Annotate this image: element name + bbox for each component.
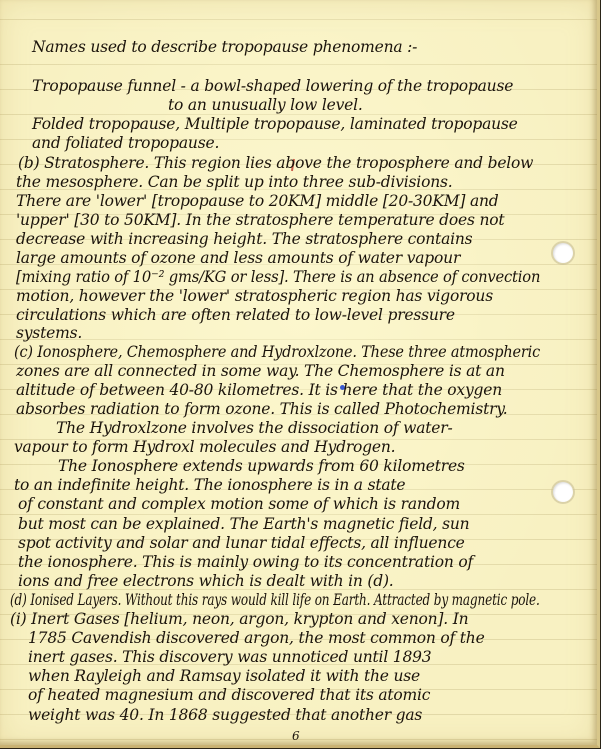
text-line: 1785 Cavendish discovered argon, the mos…	[28, 631, 485, 647]
text-line: (b) Stratosphere. This region lies above…	[18, 156, 533, 172]
text-line: Tropopause funnel - a bowl-shaped loweri…	[32, 79, 513, 95]
page-number: 6	[292, 729, 300, 743]
text-line: (i) Inert Gases [helium, neon, argon, kr…	[10, 612, 468, 628]
text-line: altitude of between 40-80 kilometres. It…	[16, 383, 502, 399]
text-line: the ionosphere. This is mainly owing to …	[18, 555, 473, 571]
text-line: and foliated tropopause.	[32, 136, 219, 152]
text-line: spot activity and solar and lunar tidal …	[18, 536, 465, 552]
text-line: of heated magnesium and discovered that …	[28, 688, 430, 704]
text-line: Folded tropopause, Multiple tropopause, …	[32, 117, 518, 133]
text-line: (d) Ionised Layers. Without this rays wo…	[10, 593, 540, 609]
text-line: vapour to form Hydroxl molecules and Hyd…	[14, 440, 395, 456]
text-line: when Rayleigh and Ramsay isolated it wit…	[28, 669, 420, 685]
text-line: motion, however the 'lower' stratospheri…	[16, 289, 493, 305]
text-line: [mixing ratio of 10⁻² gms/KG or less]. T…	[16, 270, 540, 286]
text-line: absorbes radiation to form ozone. This i…	[16, 402, 508, 418]
text-line: 'upper' [30 to 50KM]. In the stratospher…	[16, 213, 504, 229]
text-line: inert gases. This discovery was unnotice…	[28, 650, 431, 666]
text-line: to an indefinite height. The ionosphere …	[14, 478, 405, 494]
text-line: the mesosphere. Can be split up into thr…	[16, 175, 452, 191]
text-line: large amounts of ozone and less amounts …	[16, 251, 460, 267]
text-line: systems.	[16, 326, 82, 342]
text-line: Names used to describe tropopause phenom…	[32, 40, 417, 56]
text-line: ions and free electrons which is dealt w…	[18, 574, 394, 590]
punch-hole	[553, 243, 573, 263]
text-line: The Hydroxlzone involves the dissociatio…	[56, 421, 453, 437]
text-line: of constant and complex motion some of w…	[18, 497, 460, 513]
text-line: to an unusually low level.	[168, 98, 363, 114]
punch-hole	[553, 482, 573, 502]
bleed-through-text	[400, 6, 530, 18]
text-line: circulations which are often related to …	[16, 308, 455, 324]
text-line: zones are all connected in some way. The…	[16, 364, 505, 380]
text-line: but most can be explained. The Earth's m…	[18, 517, 469, 533]
text-line: The Ionosphere extends upwards from 60 k…	[58, 459, 465, 475]
text-line: decrease with increasing height. The str…	[16, 232, 472, 248]
text-line: There are 'lower' [tropopause to 20KM] m…	[16, 194, 499, 210]
text-line: (c) Ionosphere, Chemosphere and Hydroxlz…	[14, 345, 540, 361]
notebook-page: Names used to describe tropopause phenom…	[0, 0, 600, 748]
text-line: weight was 40. In 1868 suggested that an…	[28, 708, 422, 724]
